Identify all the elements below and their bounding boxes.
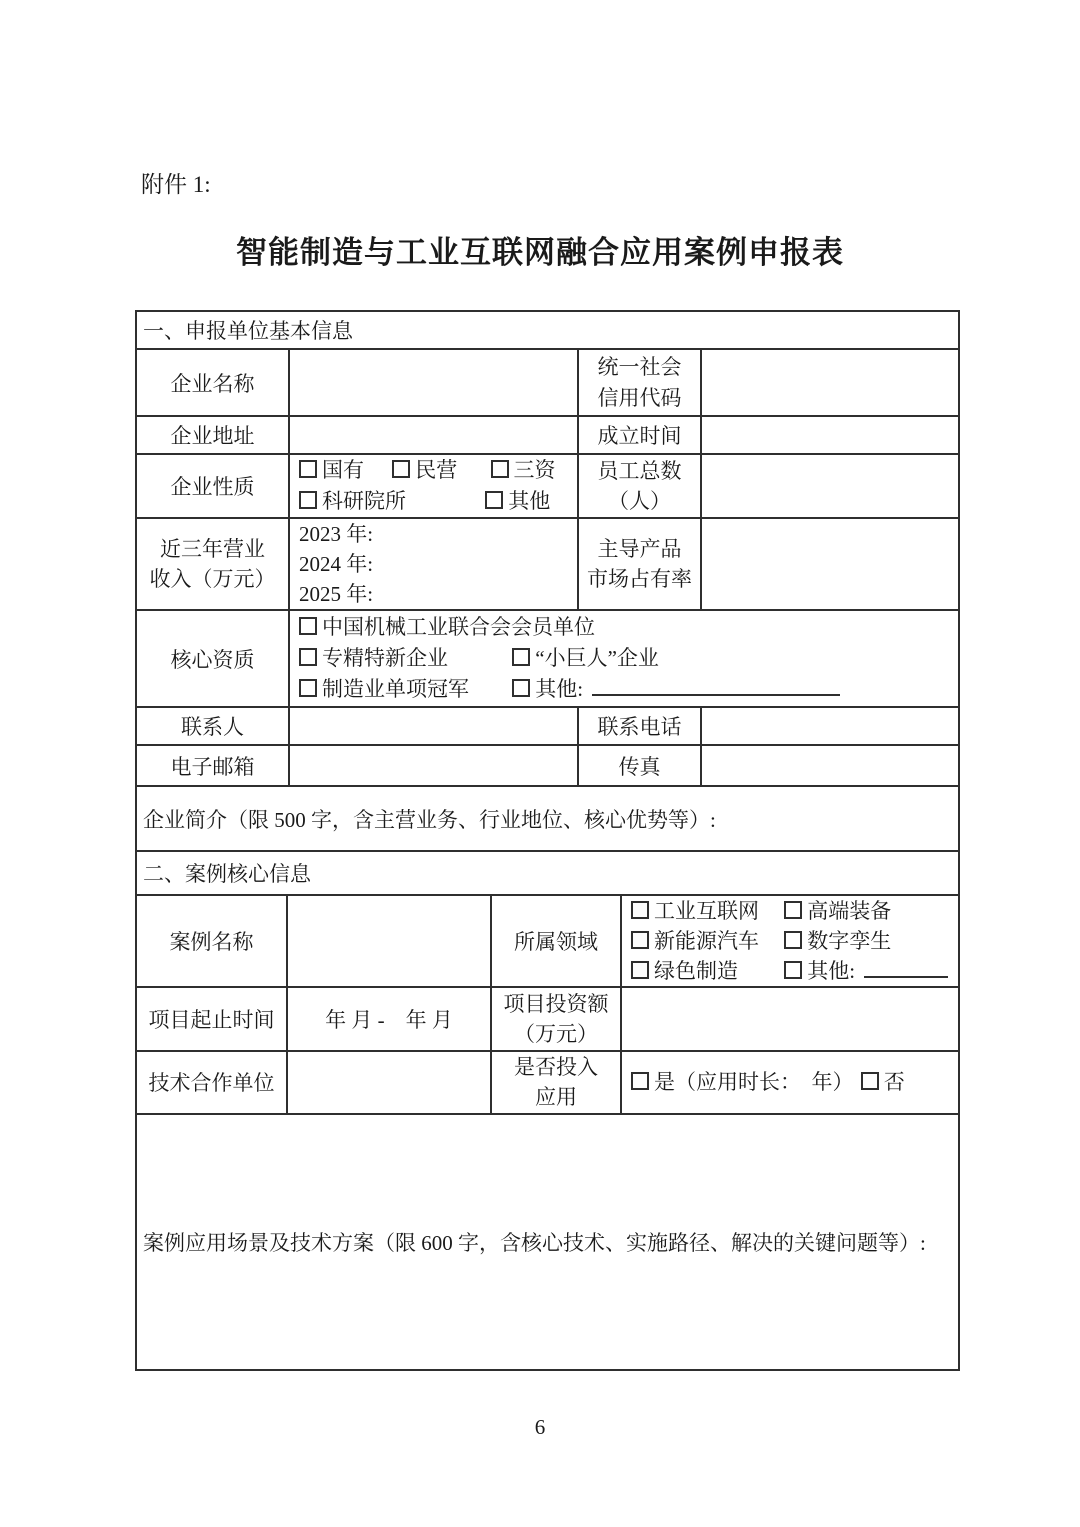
founded-input-cell[interactable]	[701, 416, 959, 454]
company-name-input-cell[interactable]	[289, 349, 578, 416]
nature-option[interactable]: 民营	[392, 455, 485, 486]
section1-table: 一、申报单位基本信息 企业名称 统一社会 信用代码 企业地址 成立时间 企业性质…	[135, 310, 960, 852]
checkbox-icon[interactable]	[631, 901, 649, 919]
partner-row: 技术合作单位 是否投入 应用 是（应用时长： 年） 否	[136, 1051, 959, 1114]
revenue-row: 近三年营业 收入（万元） 2023 年: 2024 年: 2025 年: 主导产…	[136, 518, 959, 610]
nature-label: 企业性质	[136, 454, 289, 518]
checkbox-icon[interactable]	[631, 961, 649, 979]
contact-row: 联系人 联系电话	[136, 707, 959, 745]
company-name-label: 企业名称	[136, 349, 289, 416]
investment-label: 项目投资额 （万元）	[491, 987, 621, 1051]
profile-row: 企业简介（限 500 字，含主营业务、行业地位、核心优势等）:	[136, 786, 959, 851]
fill-in-line[interactable]	[592, 679, 840, 696]
checkbox-icon[interactable]	[299, 679, 317, 697]
case-name-label: 案例名称	[136, 895, 287, 987]
credit-code-input-cell[interactable]	[701, 349, 959, 416]
field-label: 所属领域	[491, 895, 621, 987]
qualification-option[interactable]: “小巨人”企业	[512, 643, 659, 674]
founded-label: 成立时间	[578, 416, 701, 454]
section1-header: 一、申报单位基本信息	[136, 311, 959, 349]
nature-options-cell: 国有 民营 三资 科研院所 其他	[289, 454, 578, 518]
partner-label: 技术合作单位	[136, 1051, 287, 1114]
qualification-line3: 制造业单项冠军 其他:	[299, 674, 952, 705]
field-options-line3: 绿色制造 其他:	[631, 956, 952, 986]
email-row: 电子邮箱 传真	[136, 745, 959, 786]
form-title: 智能制造与工业互联网融合应用案例申报表	[0, 227, 1080, 272]
checkbox-icon[interactable]	[299, 460, 317, 478]
qualification-option[interactable]: 制造业单项冠军	[299, 674, 507, 705]
section2-table: 二、案例核心信息 案例名称 所属领域 工业互联网 高端装备 新能源汽车 数字孪生	[135, 850, 960, 1371]
checkbox-icon[interactable]	[485, 491, 503, 509]
checkbox-icon[interactable]	[299, 491, 317, 509]
section2-header-text: 二、案例核心信息	[143, 862, 311, 886]
checkbox-icon[interactable]	[631, 931, 649, 949]
section2-header-row: 二、案例核心信息	[136, 851, 959, 895]
duration-label: 项目起止时间	[136, 987, 287, 1051]
scenario-label: 案例应用场景及技术方案（限 600 字，含核心技术、实施路径、解决的关键问题等）…	[143, 1231, 926, 1255]
duration-input-cell[interactable]: 年 月 - 年 月	[287, 987, 491, 1051]
address-row: 企业地址 成立时间	[136, 416, 959, 454]
applied-yes-option[interactable]: 是（应用时长： 年）	[631, 1068, 854, 1096]
applied-no-option[interactable]: 否	[861, 1068, 905, 1096]
nature-option[interactable]: 科研院所	[299, 486, 480, 517]
nature-option[interactable]: 其他	[485, 486, 550, 517]
qualification-option[interactable]: 中国机械工业联合会会员单位	[299, 612, 595, 643]
checkbox-icon[interactable]	[299, 648, 317, 666]
nature-row: 企业性质 国有 民营 三资 科研院所 其他 员工总数 （人）	[136, 454, 959, 518]
qualification-line2: 专精特新企业 “小巨人”企业	[299, 643, 952, 674]
email-label: 电子邮箱	[136, 745, 289, 786]
page-number: 6	[0, 1415, 1080, 1440]
checkbox-icon[interactable]	[861, 1072, 879, 1090]
field-options-cell: 工业互联网 高端装备 新能源汽车 数字孪生 绿色制造 其他:	[621, 895, 959, 987]
fax-label: 传真	[578, 745, 701, 786]
nature-options-line2: 科研院所 其他	[299, 486, 571, 517]
partner-input-cell[interactable]	[287, 1051, 491, 1114]
case-name-row: 案例名称 所属领域 工业互联网 高端装备 新能源汽车 数字孪生 绿色制造 其他:	[136, 895, 959, 987]
contact-input-cell[interactable]	[289, 707, 578, 745]
field-option[interactable]: 其他:	[784, 956, 855, 986]
checkbox-icon[interactable]	[784, 931, 802, 949]
company-name-row: 企业名称 统一社会 信用代码	[136, 349, 959, 416]
address-input-cell[interactable]	[289, 416, 578, 454]
revenue-input-cell[interactable]: 2023 年: 2024 年: 2025 年:	[289, 518, 578, 610]
checkbox-icon[interactable]	[512, 679, 530, 697]
qualifications-options-cell: 中国机械工业联合会会员单位 专精特新企业 “小巨人”企业 制造业单项冠军 其他:	[289, 610, 959, 707]
scenario-cell[interactable]: 案例应用场景及技术方案（限 600 字，含核心技术、实施路径、解决的关键问题等）…	[136, 1114, 959, 1370]
checkbox-icon[interactable]	[299, 617, 317, 635]
employees-label: 员工总数 （人）	[578, 454, 701, 518]
applied-options-cell: 是（应用时长： 年） 否	[621, 1051, 959, 1114]
section1-header-row: 一、申报单位基本信息	[136, 311, 959, 349]
checkbox-icon[interactable]	[631, 1072, 649, 1090]
revenue-year-line[interactable]: 2023 年:	[299, 519, 571, 549]
qualification-line1: 中国机械工业联合会会员单位	[299, 612, 952, 643]
field-option[interactable]: 高端装备	[784, 896, 891, 926]
checkbox-icon[interactable]	[491, 460, 509, 478]
employees-input-cell[interactable]	[701, 454, 959, 518]
nature-option[interactable]: 国有	[299, 455, 387, 486]
checkbox-icon[interactable]	[784, 901, 802, 919]
contact-label: 联系人	[136, 707, 289, 745]
qualification-option[interactable]: 专精特新企业	[299, 643, 507, 674]
section2-header: 二、案例核心信息	[136, 851, 959, 895]
qualifications-row: 核心资质 中国机械工业联合会会员单位 专精特新企业 “小巨人”企业 制造业单项冠…	[136, 610, 959, 707]
field-option[interactable]: 数字孪生	[784, 926, 891, 956]
phone-label: 联系电话	[578, 707, 701, 745]
credit-code-label: 统一社会 信用代码	[578, 349, 701, 416]
market-share-input-cell[interactable]	[701, 518, 959, 610]
revenue-year-line[interactable]: 2025 年:	[299, 579, 571, 609]
nature-options-line1: 国有 民营 三资	[299, 455, 571, 486]
qualification-option[interactable]: 其他:	[512, 674, 583, 705]
checkbox-icon[interactable]	[512, 648, 530, 666]
applied-label: 是否投入 应用	[491, 1051, 621, 1114]
address-label: 企业地址	[136, 416, 289, 454]
checkbox-icon[interactable]	[392, 460, 410, 478]
duration-row: 项目起止时间 年 月 - 年 月 项目投资额 （万元）	[136, 987, 959, 1051]
section1-header-text: 一、申报单位基本信息	[143, 319, 353, 343]
duration-value[interactable]: 年 月 - 年 月	[325, 1008, 453, 1032]
fill-in-line[interactable]	[864, 961, 948, 978]
investment-input-cell[interactable]	[621, 987, 959, 1051]
qualifications-label: 核心资质	[136, 610, 289, 707]
profile-label: 企业简介（限 500 字，含主营业务、行业地位、核心优势等）:	[143, 808, 716, 832]
email-input-cell[interactable]	[289, 745, 578, 786]
field-options-line1: 工业互联网 高端装备	[631, 896, 952, 926]
scenario-row: 案例应用场景及技术方案（限 600 字，含核心技术、实施路径、解决的关键问题等）…	[136, 1114, 959, 1370]
field-option[interactable]: 新能源汽车	[631, 926, 779, 956]
field-options-line2: 新能源汽车 数字孪生	[631, 926, 952, 956]
phone-input-cell[interactable]	[701, 707, 959, 745]
field-option[interactable]: 工业互联网	[631, 896, 779, 926]
profile-cell[interactable]: 企业简介（限 500 字，含主营业务、行业地位、核心优势等）:	[136, 786, 959, 851]
case-name-input-cell[interactable]	[287, 895, 491, 987]
checkbox-icon[interactable]	[784, 961, 802, 979]
attachment-label: 附件 1:	[141, 166, 1080, 199]
document-page: 附件 1: 智能制造与工业互联网融合应用案例申报表 一、申报单位基本信息 企业名…	[0, 0, 1080, 1527]
fax-input-cell[interactable]	[701, 745, 959, 786]
revenue-year-line[interactable]: 2024 年:	[299, 549, 571, 579]
market-share-label: 主导产品 市场占有率	[578, 518, 701, 610]
field-option[interactable]: 绿色制造	[631, 956, 779, 986]
revenue-label: 近三年营业 收入（万元）	[136, 518, 289, 610]
nature-option[interactable]: 三资	[491, 455, 556, 486]
